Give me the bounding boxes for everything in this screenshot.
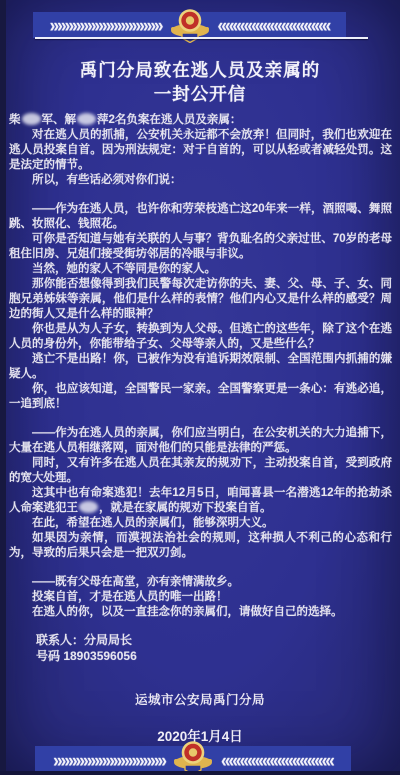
redaction-blur — [22, 113, 41, 125]
chevrons-right-icon: »»»»»»»»»»»»»»» — [53, 751, 165, 771]
photo-edge-shadow-bottom — [0, 771, 400, 775]
header-band: »»»»»»»»»»»»»»» ««««««««««««««« — [33, 12, 346, 38]
signature-organization: 运城市公安局禹门分局 — [0, 690, 400, 708]
letter-paragraph: 那你能否想像得到我们民警每次走访你的夫、妻、父、母、子、女、同胞兄弟姊妹等亲属，… — [9, 277, 392, 322]
letter-paragraph: 逃亡不是出路！你，已被作为没有追诉期效限制、全国范围内抓捕的嫌疑人。 — [9, 352, 392, 382]
letter-paragraph: 这其中也有命案逃犯！去年12月5日，咱闻喜县一名潜逃12年的抢劫杀人命案逃犯王，… — [9, 486, 392, 516]
letter-paragraph: ——作为在逃人员的亲属，你们应当明白，在公安机关的大力追捕下，大量在逃人员相继落… — [9, 426, 392, 456]
redaction-blur — [77, 113, 96, 125]
title-line-1: 禹门分局致在逃人员及亲属的 — [0, 58, 400, 82]
letter-paragraph: 同时，又有许多在逃人员在其亲友的规劝下，主动投案自首，受到政府的宽大处理。 — [9, 456, 392, 486]
contact-person: 联系人：分局局长 — [36, 632, 400, 648]
letter-paragraph: 你，也应该知道，全国警民一家亲。全国警察更是一条心：有逃必追，一追到底！ — [9, 382, 392, 412]
letter-paragraph: 所以，有些话必须对你们说： — [9, 173, 392, 188]
contact-number: 号码 18903596056 — [36, 648, 400, 664]
letter-paragraph: 在此，希望在逃人员的亲属们，能够深明大义。 — [9, 516, 392, 531]
chevrons-right-icon: »»»»»»»»»»»»»»» — [50, 15, 162, 35]
public-letter-page: »»»»»»»»»»»»»»» ««««««««««««««« 禹门分局致在逃人… — [0, 0, 400, 775]
header-divider — [35, 37, 368, 39]
photo-edge-shadow-left — [0, 0, 6, 775]
letter-body: 柴军、解萍2名负案在逃人员及亲属：对在逃人员的抓捕，公安机关永远都不会放弃！但同… — [9, 113, 392, 620]
title-line-2: 一封公开信 — [0, 82, 400, 106]
chevrons-left-icon: ««««««««««««««« — [218, 15, 330, 35]
letter-paragraph: 如果因为亲情，而漠视法治社会的规则，这种损人不利己的心态和行为，导致的后果只会是… — [9, 531, 392, 561]
letter-paragraph: 对在逃人员的抓捕，公安机关永远都不会放弃！但同时，我们也欢迎在逃人员投案自首。因… — [9, 128, 392, 173]
letter-paragraph: ——既有父母在高堂，亦有亲情满故乡。 — [9, 575, 392, 590]
chevrons-left-icon: ««««««««««««««« — [221, 751, 333, 771]
letter-paragraph: 投案自首，才是在逃人员的唯一出路！ — [9, 590, 392, 605]
letter-paragraph: 当然，她的家人不等同是你的家人。 — [9, 262, 392, 277]
letter-paragraph: 你也是从为人子女，转换到为人父母。但逃亡的这些年，除了这个在逃人员的身份外，你能… — [9, 322, 392, 352]
letter-paragraph: ——作为在逃人员，也许你和劳荣枝逃亡这20年来一样，酒照喝、舞照跳、妆照化、钱照… — [9, 202, 392, 232]
redaction-blur — [79, 501, 98, 513]
contact-block: 联系人：分局局长 号码 18903596056 — [36, 632, 400, 664]
letter-paragraph: 柴军、解萍2名负案在逃人员及亲属： — [9, 113, 392, 128]
letter-title: 禹门分局致在逃人员及亲属的 一封公开信 — [0, 58, 400, 106]
police-badge-icon — [170, 739, 216, 775]
letter-paragraph: 可你是否知道与她有关联的人与事？背负耻名的父亲过世、70岁的老母租住旧房、兄姐们… — [9, 232, 392, 262]
letter-paragraph: 在逃人的你，以及一直挂念你的亲属们，请做好自己的选择。 — [9, 605, 392, 620]
